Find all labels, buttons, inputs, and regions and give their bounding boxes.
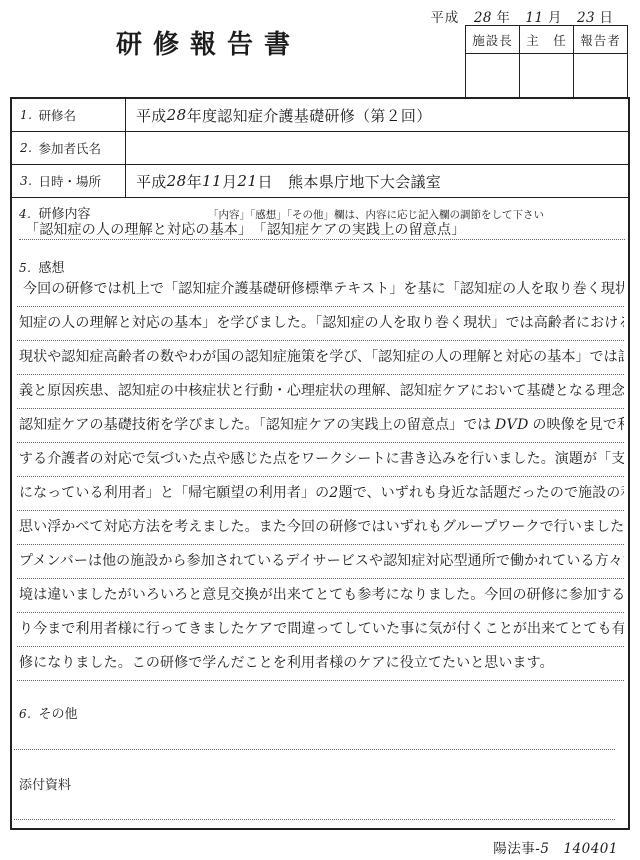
- page-title: 研修報告書: [116, 24, 301, 61]
- row-participant-name: 2. 参加者氏名: [12, 132, 628, 165]
- stamp-cell-facility-director: [466, 54, 520, 98]
- training-report-document: 平成 28 年 11 月 23 日 研修報告書 施設長 主 任 報告者 1. 研…: [0, 0, 640, 860]
- report-text-line: する介護者の対応で気づいた点や感じた点をワークシートに書き込みを行いました。演題…: [17, 443, 624, 477]
- row-participant-name-value: [126, 132, 628, 164]
- section-others: 6. その他: [19, 703, 77, 722]
- row-label-text: 研修名: [38, 106, 76, 124]
- stamp-cell-chief: [520, 54, 574, 98]
- report-text-line: プメンバーは他の施設から参加されているデイサービスや認知症対応型通所で働かれてい…: [17, 545, 624, 579]
- section-number: 6.: [19, 707, 31, 721]
- stamp-header-facility-director: 施設長: [466, 26, 520, 54]
- row-label-text: 参加者氏名: [38, 139, 101, 157]
- attachments-entry-line: [14, 819, 615, 820]
- section-label-text: その他: [38, 703, 77, 722]
- report-text-line: 現状や認知症高齢者の数やわが国の認知症施策を学び、「認知症の人の理解と対応の基本…: [17, 341, 624, 375]
- form-code: 陽法事-5 140401: [493, 837, 618, 857]
- section-number: 2.: [20, 141, 32, 155]
- row-training-name-label: 1. 研修名: [12, 99, 126, 131]
- impressions-text: 今回の研修では机上で「認知症介護基礎研修標準テキスト」を基に「認知症の人を取り巻…: [17, 273, 624, 681]
- row-label-text: 日時・場所: [38, 172, 101, 190]
- row-date-place: 3. 日時・場所 平成 28 年 11 月 21 日 熊本県庁地下大会議室: [12, 165, 628, 198]
- training-content-entry: 「認知症の人の理解と対応の基本」 「認知症ケアの実践上の留意点」: [19, 210, 625, 240]
- report-date: 平成 28 年 11 月 23 日: [430, 6, 614, 26]
- row-participant-name-label: 2. 参加者氏名: [12, 132, 126, 164]
- others-entry-line: [14, 749, 615, 750]
- report-text-line: り今まで利用者様に行ってきましたケアで間違ってしていた事に気が付くことが出来てと…: [17, 613, 624, 647]
- report-body: 4. 研修内容 「内容」「感想」「その他」欄は、内容に応じ記入欄の調節をして下さ…: [12, 198, 628, 832]
- report-text-line: になっている利用者」と「帰宅願望の利用者」の2題で、いずれも身近な話題だったので…: [17, 477, 624, 511]
- row-date-place-value: 平成 28 年 11 月 21 日 熊本県庁地下大会議室: [126, 165, 628, 197]
- section-number: 1.: [20, 108, 32, 122]
- report-form: 1. 研修名 平成 28 年度認知症介護基礎研修（第２回） 2. 参加者氏名 3…: [10, 97, 630, 830]
- row-training-name-value: 平成 28 年度認知症介護基礎研修（第２回）: [126, 99, 628, 131]
- section-number: 3.: [20, 174, 32, 188]
- report-text-line: 義と原因疾患、認知症の中核症状と行動・心理症状の理解、認知症ケアにおいて基礎とな…: [17, 375, 624, 409]
- stamp-header-chief: 主 任: [520, 26, 574, 54]
- stamp-header-reporter: 報告者: [574, 26, 628, 54]
- report-text-line: 思い浮かべて対応方法を考えました。また今回の研修ではいずれもグループワークで行い…: [17, 511, 624, 545]
- report-text-line: 今回の研修では机上で「認知症介護基礎研修標準テキスト」を基に「認知症の人を取り巻…: [17, 273, 624, 307]
- section-label-text: 添付資料: [19, 774, 71, 793]
- report-text-line: 修になりました。この研修で学んだことを利用者様のケアに役立てたいと思います。: [17, 647, 624, 681]
- report-text-line: 境は違いましたがいろいろと意見交換が出来てとても参考になりました。今回の研修に参…: [17, 579, 624, 613]
- approval-stamp-table: 施設長 主 任 報告者: [465, 25, 628, 98]
- report-text-line: 認知症ケアの基礎技術を学びました。「認知症ケアの実践上の留意点」では DVD の…: [17, 409, 624, 443]
- report-text-line: 知症の人の理解と対応の基本」を学びました。「認知症の人を取り巻く現状」では高齢者…: [17, 307, 624, 341]
- stamp-cell-reporter: [574, 54, 628, 98]
- row-date-place-label: 3. 日時・場所: [12, 165, 126, 197]
- section-attachments: 添付資料: [19, 774, 71, 793]
- row-training-name: 1. 研修名 平成 28 年度認知症介護基礎研修（第２回）: [12, 99, 628, 132]
